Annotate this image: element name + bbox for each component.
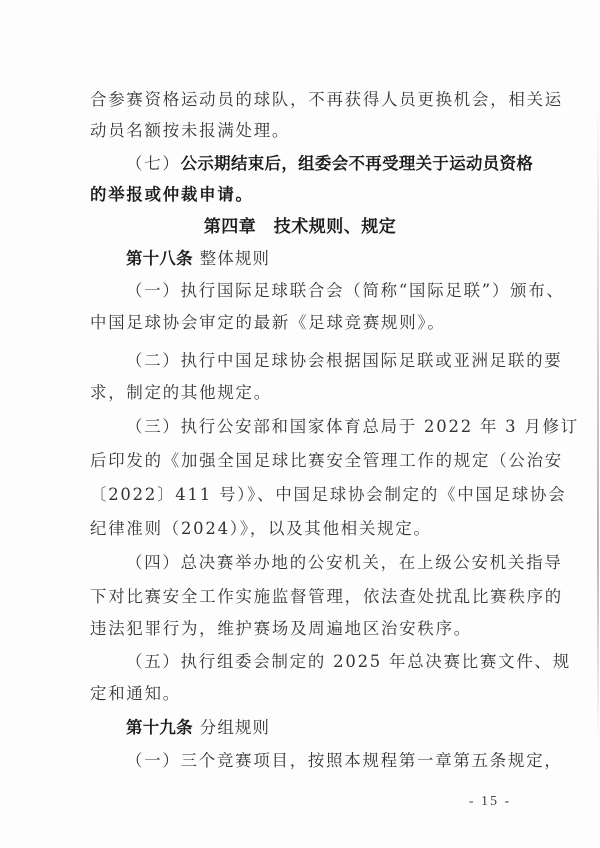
article-18-heading: 第十八条 整体规则 [126,247,510,271]
article-18-number: 第十八条 [126,249,193,268]
paragraph-line: （一）执行国际足球联合会（简称“国际足联”）颁布、 [126,279,510,303]
paragraph-line: 下对比赛安全工作实施监督管理，依法查处扰乱比赛秩序的 [90,585,510,609]
paragraph-line: （二）执行中国足球协会根据国际足联或亚洲足联的要 [126,349,510,373]
paragraph-line: 违法犯罪行为，维护赛场及周遍地区治安秩序。 [90,617,510,641]
clause-7-text: 公示期结束后，组委会不再受理关于运动员资格 [181,154,534,173]
paragraph-line: 后印发的《加强全国足球比赛安全管理工作的规定（公治安 [90,449,510,473]
paragraph-line: （五）执行组委会制定的 2025 年总决赛比赛文件、规 [126,650,510,674]
paragraph-line: （四）总决赛举办地的公安机关，在上级公安机关指导 [126,551,510,575]
scan-edge-shadow [597,100,599,740]
clause-7-line-2: 的举报或仲裁申请。 [90,183,510,207]
article-19-number: 第十九条 [126,718,193,737]
paragraph-line: 定和通知。 [90,682,510,706]
paragraph-line: 中国足球协会审定的最新《足球竞赛规则》。 [90,311,510,335]
article-19-heading: 第十九条 分组规则 [126,716,510,740]
clause-7-line-1: （七）公示期结束后，组委会不再受理关于运动员资格 [126,152,510,176]
article-19-title: 分组规则 [200,718,270,737]
paragraph-line: （三）执行公安部和国家体育总局于 2022 年 3 月修订 [126,415,510,439]
chapter-title: 第四章 技术规则、规定 [0,214,600,240]
clause-7-label: （七） [126,154,181,173]
article-18-title: 整体规则 [200,249,270,268]
paragraph-line: 合参赛资格运动员的球队，不再获得人员更换机会，相关运 [90,88,510,112]
paragraph-line: 求，制定的其他规定。 [90,381,510,405]
paragraph-line: 动员名额按未报满处理。 [90,119,510,143]
paragraph-line: 〔2022〕411 号）》、中国足球协会制定的《中国足球协会 [90,483,510,507]
paragraph-line: （一）三个竞赛项目，按照本规程第一章第五条规定， [126,749,510,773]
document-page: 合参赛资格运动员的球队，不再获得人员更换机会，相关运 动员名额按未报满处理。 （… [0,0,600,848]
paragraph-line: 纪律准则（2024）》，以及其他相关规定。 [90,517,510,541]
page-number: - 15 - [460,794,520,810]
